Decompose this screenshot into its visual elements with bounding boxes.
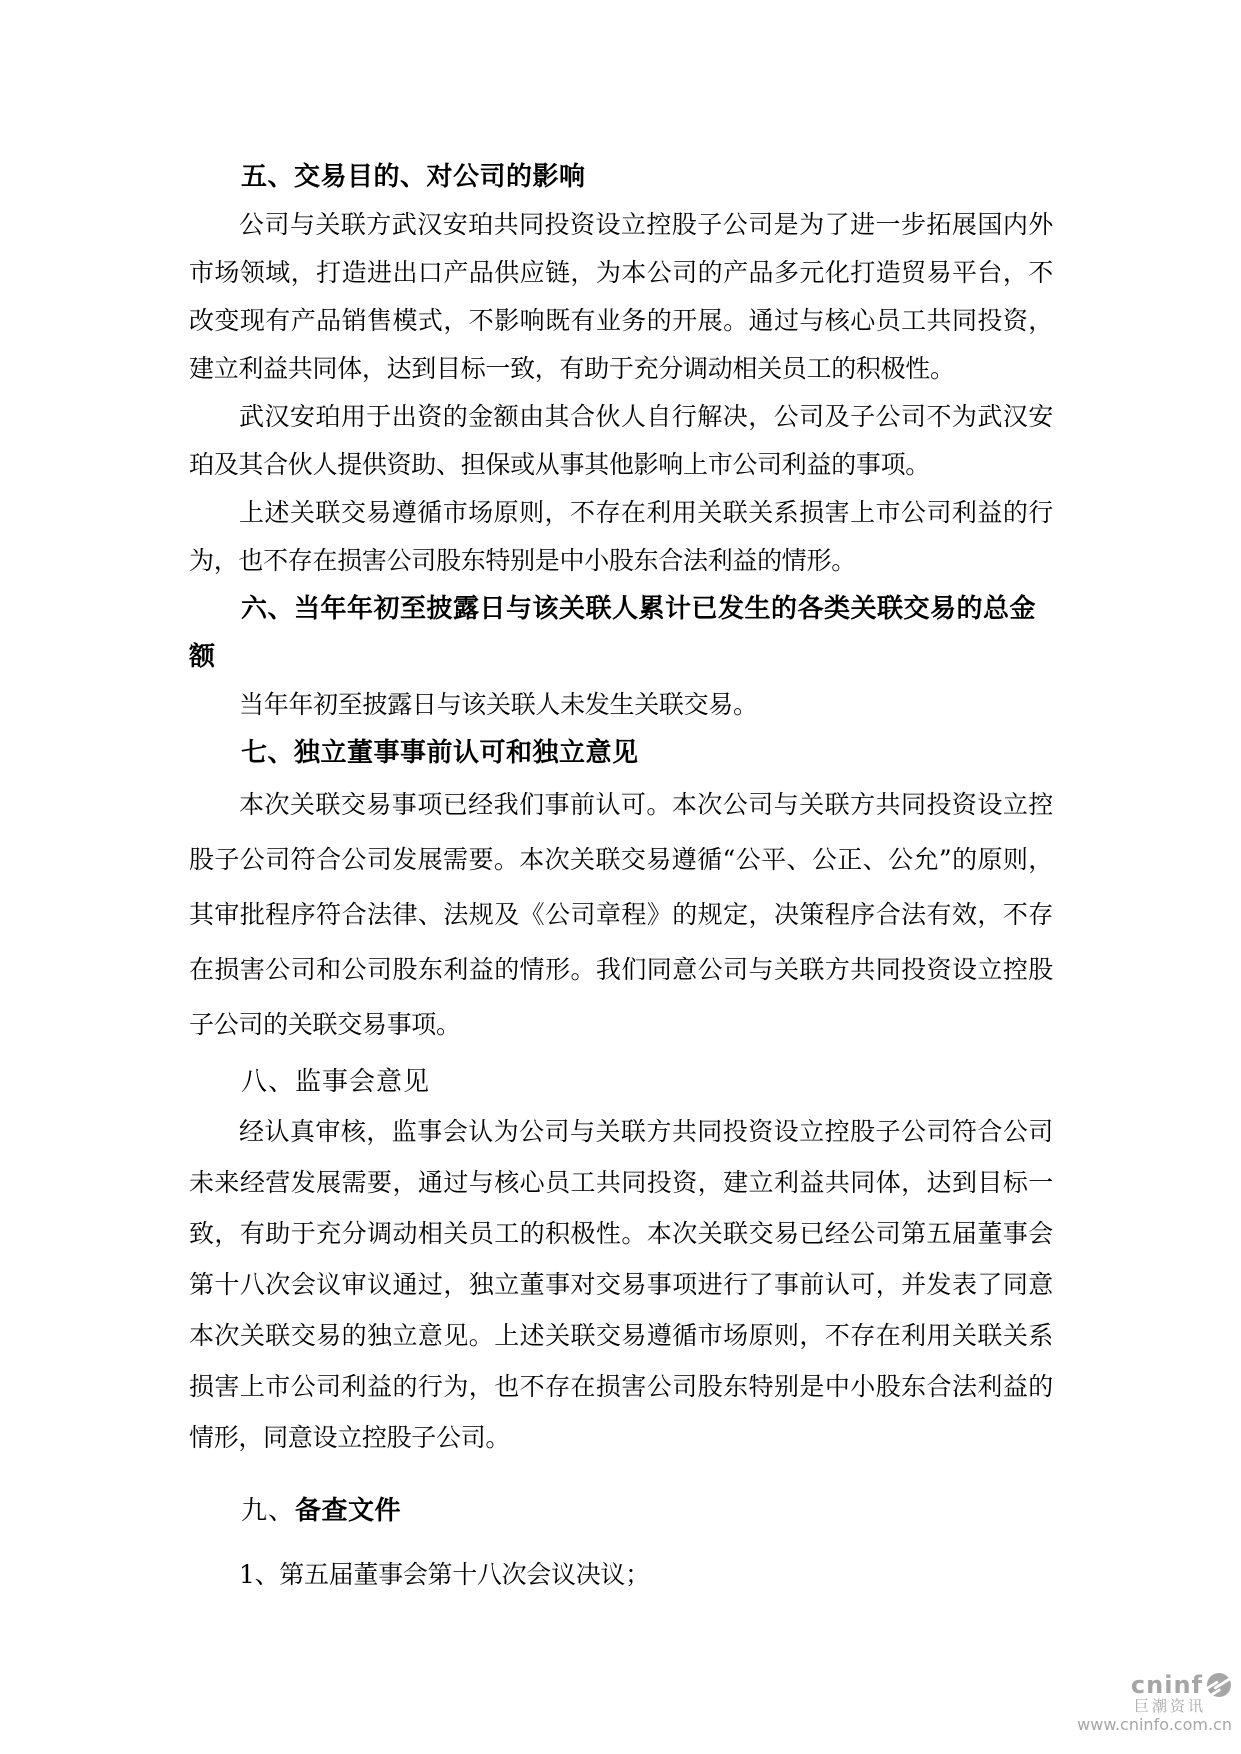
section-8-heading: 八、监事会意见 bbox=[189, 1058, 1053, 1106]
section-9-heading-title: 备查文件 bbox=[295, 1496, 401, 1526]
cninfo-globe-icon bbox=[1206, 1672, 1232, 1698]
cninfo-website-url: www.cninfo.com.cn bbox=[1077, 1717, 1232, 1734]
section-5-paragraph-3: 上述关联交易遵循市场原则，不存在利用关联关系损害上市公司利益的行为，也不存在损害… bbox=[189, 489, 1053, 585]
cninfo-logo-text: cninf bbox=[1131, 1673, 1203, 1698]
section-9-heading: 九、备查文件 bbox=[189, 1487, 1053, 1535]
section-9-paragraph-1: 1、第五届董事会第十八次会议决议； bbox=[189, 1551, 1053, 1599]
section-8-paragraph-1: 经认真审核，监事会认为公司与关联方共同投资设立控股子公司符合公司未来经营发展需要… bbox=[189, 1106, 1053, 1463]
section-7-heading: 七、独立董事事前认可和独立意见 bbox=[189, 729, 1053, 777]
section-7-paragraph-1: 本次关联交易事项已经我们事前认可。本次公司与关联方共同投资设立控股子公司符合公司… bbox=[189, 777, 1053, 1052]
section-5-paragraph-2: 武汉安珀用于出资的金额由其合伙人自行解决，公司及子公司不为武汉安珀及其合伙人提供… bbox=[189, 393, 1053, 489]
document-page: 五、交易目的、对公司的影响 公司与关联方武汉安珀共同投资设立控股子公司是为了进一… bbox=[0, 0, 1241, 1754]
section-6-heading: 六、当年年初至披露日与该关联人累计已发生的各类关联交易的总金额 bbox=[189, 585, 1053, 681]
section-5-heading: 五、交易目的、对公司的影响 bbox=[189, 153, 1053, 201]
document-body: 五、交易目的、对公司的影响 公司与关联方武汉安珀共同投资设立控股子公司是为了进一… bbox=[189, 153, 1053, 1599]
section-9-heading-number: 九、 bbox=[241, 1496, 295, 1526]
cninfo-watermark: cninf 巨潮资讯 www.cninfo.com.cn bbox=[1077, 1672, 1232, 1734]
section-5-paragraph-1: 公司与关联方武汉安珀共同投资设立控股子公司是为了进一步拓展国内外市场领域，打造进… bbox=[189, 201, 1053, 393]
cninfo-brand-name: 巨潮资讯 bbox=[1077, 1699, 1232, 1715]
cninfo-logo-row: cninf bbox=[1077, 1672, 1232, 1698]
section-6-paragraph-1: 当年年初至披露日与该关联人未发生关联交易。 bbox=[189, 681, 1053, 729]
